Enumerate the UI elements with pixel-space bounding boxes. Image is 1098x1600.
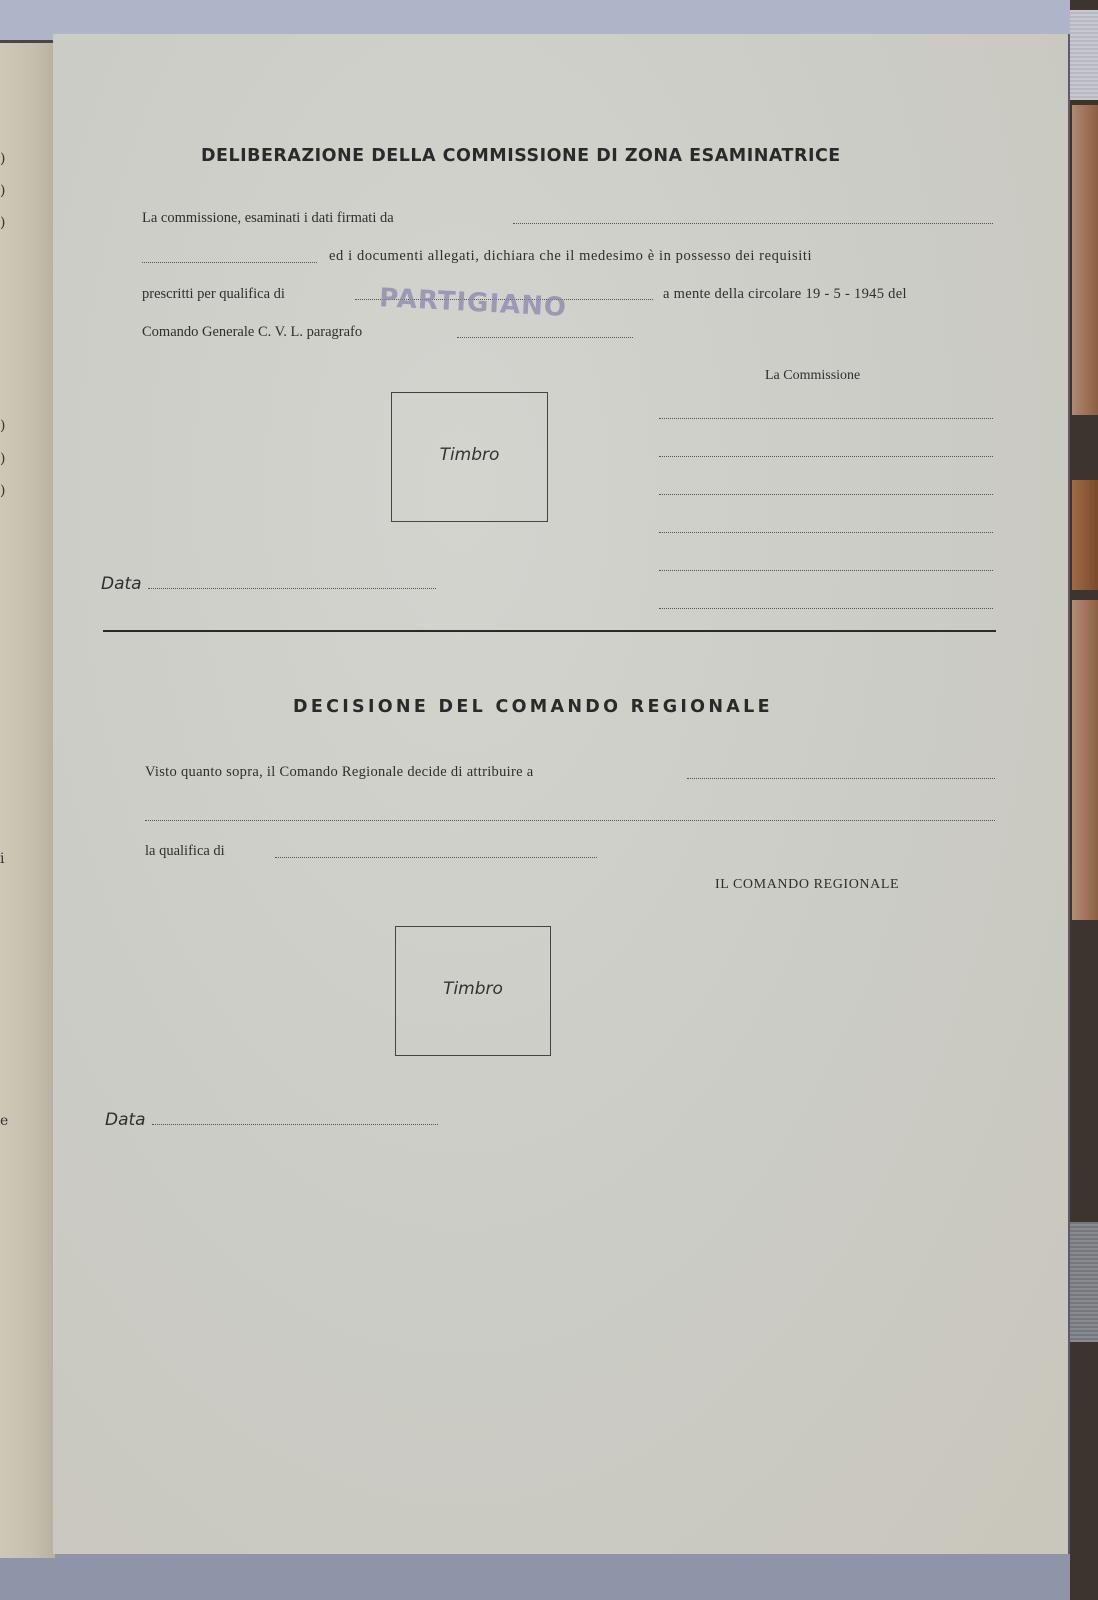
section2-line1: Visto quanto sopra, il Comando Regionale… — [145, 764, 534, 781]
stamp-box: Timbro — [395, 926, 551, 1056]
commission-signature-heading: La Commissione — [765, 368, 860, 384]
section1-line4: Comando Generale C. V. L. paragrafo — [142, 324, 362, 341]
date-field[interactable] — [148, 588, 436, 589]
commission-signature-line[interactable] — [659, 418, 993, 419]
section-divider — [103, 630, 996, 632]
commission-signature-line[interactable] — [659, 456, 993, 457]
commission-signature-line[interactable] — [659, 532, 993, 533]
section1-line2: ed i documenti allegati, dichiara che il… — [329, 248, 812, 265]
book-spine — [1072, 105, 1098, 415]
book-spine — [1072, 600, 1098, 920]
date-label: Data — [101, 574, 142, 594]
left-page-mark: i — [0, 851, 4, 867]
commission-signature-line[interactable] — [659, 570, 993, 571]
commission-signature-line[interactable] — [659, 608, 993, 609]
document-page: DELIBERAZIONE DELLA COMMISSIONE DI ZONA … — [53, 34, 1068, 1554]
left-facing-page: ) ) ) ) ) ) i e — [0, 40, 55, 1558]
partigiano-stamp: PARTIGIANO — [378, 283, 567, 323]
left-page-mark: ) — [0, 183, 5, 199]
section1-line3b: a mente della circolare 19 - 5 - 1945 de… — [663, 286, 907, 303]
comando-signature-heading: IL COMANDO REGIONALE — [715, 877, 899, 893]
recipient-field-cont[interactable] — [145, 820, 995, 821]
paragrafo-field[interactable] — [457, 337, 633, 338]
left-page-mark: ) — [0, 483, 5, 499]
date-label: Data — [105, 1110, 146, 1130]
section2-line3: la qualifica di — [145, 843, 225, 860]
qualifica-decision-field[interactable] — [275, 857, 597, 858]
recipient-field[interactable] — [687, 778, 995, 779]
right-edge-books — [1070, 0, 1098, 1600]
section1-line1: La commissione, esaminati i dati firmati… — [142, 210, 394, 227]
section1-line3a: prescritti per qualifica di — [142, 286, 285, 303]
left-page-mark: ) — [0, 151, 5, 167]
date-field[interactable] — [152, 1124, 438, 1125]
left-page-mark: ) — [0, 451, 5, 467]
signatory-name-field-cont[interactable] — [142, 262, 317, 263]
section2-title: DECISIONE DEL COMANDO REGIONALE — [293, 697, 773, 717]
stamp-box: Timbro — [391, 392, 548, 522]
commission-signature-line[interactable] — [659, 494, 993, 495]
signatory-name-field[interactable] — [513, 223, 993, 224]
left-page-mark: e — [0, 1113, 8, 1129]
section1-title: DELIBERAZIONE DELLA COMMISSIONE DI ZONA … — [201, 146, 841, 166]
left-page-mark: ) — [0, 418, 5, 434]
ribbon — [1070, 1222, 1098, 1342]
book-spine — [1072, 480, 1098, 590]
ribbon — [1070, 10, 1098, 100]
background-bottom — [0, 1553, 1098, 1600]
stamp-box-label: Timbro — [396, 979, 550, 999]
stamp-box-label: Timbro — [392, 445, 547, 465]
left-page-mark: ) — [0, 215, 5, 231]
